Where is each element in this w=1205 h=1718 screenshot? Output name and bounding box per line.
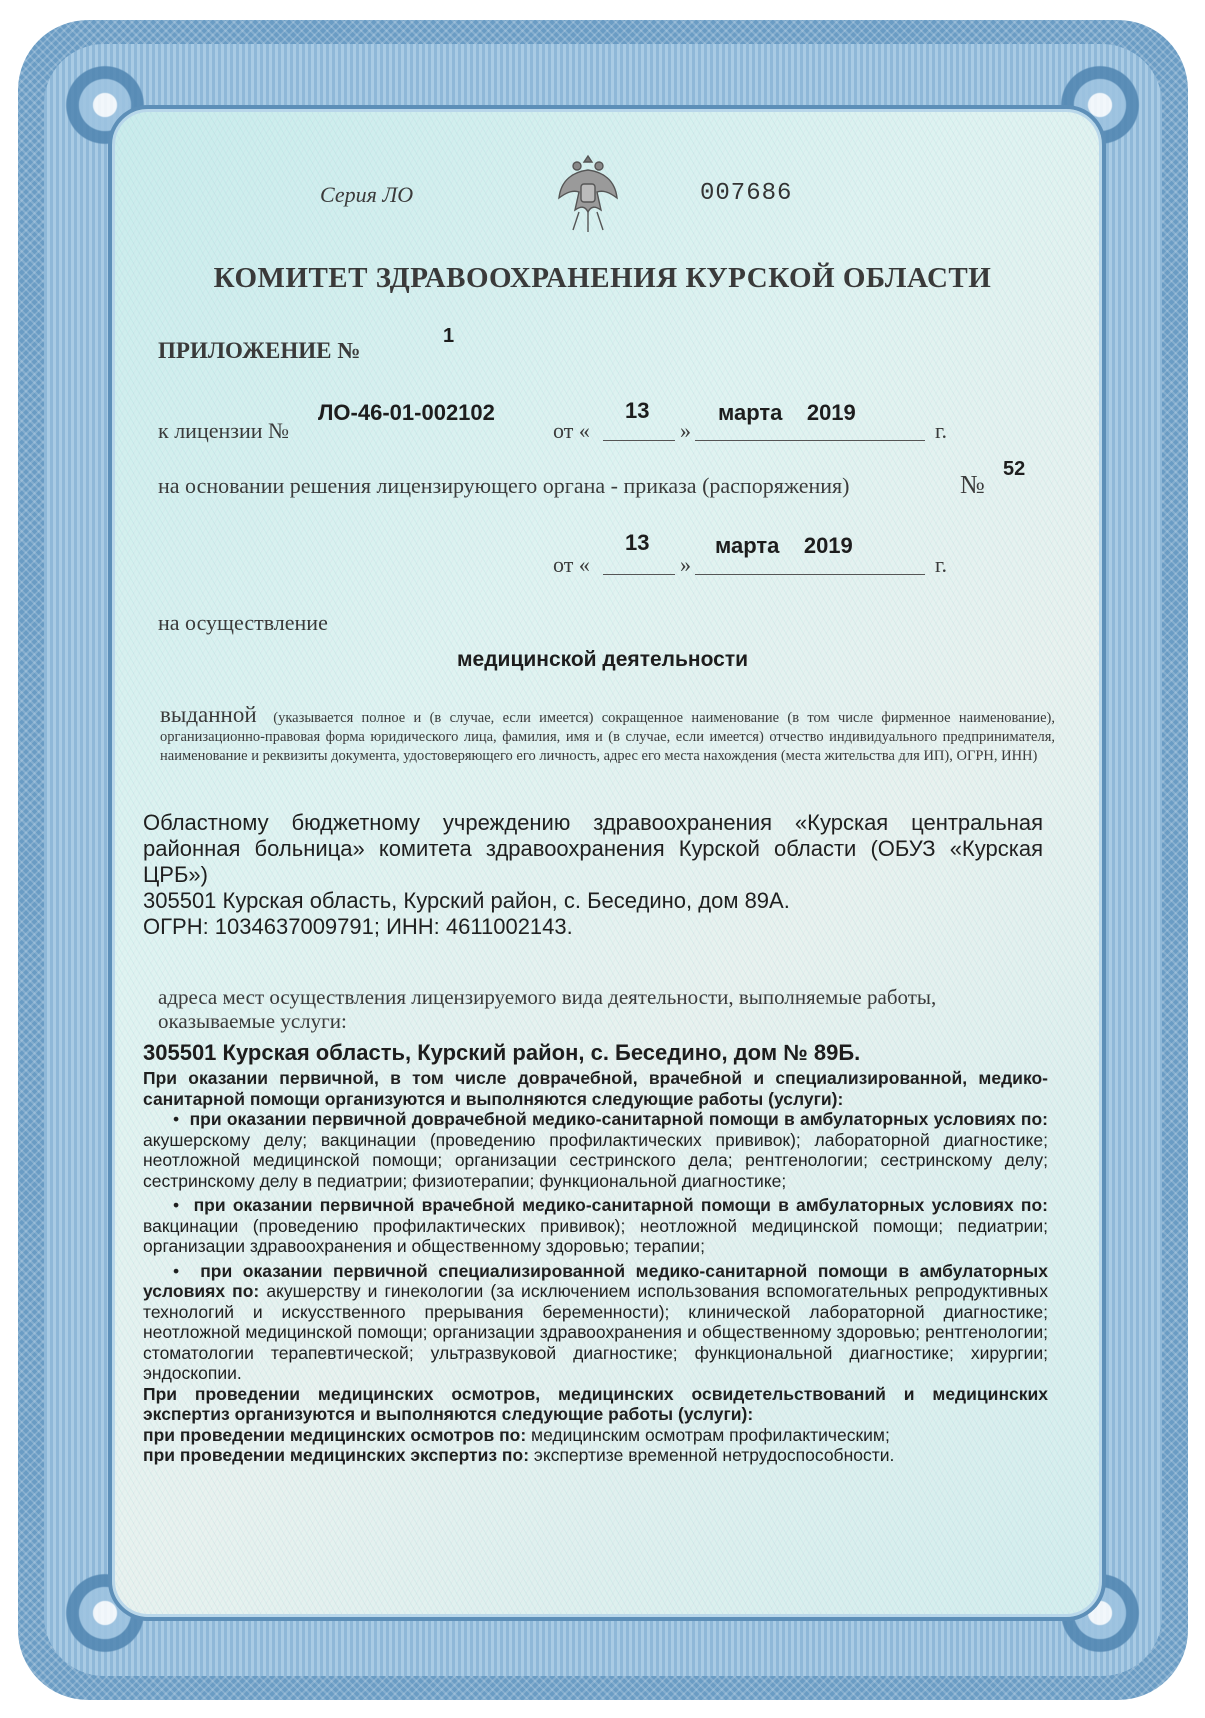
license-day: 13 — [625, 398, 649, 424]
license-from-label: от « — [553, 418, 590, 444]
order-no-sign: № — [960, 470, 985, 500]
list-item-text: акушерству и гинекологии (за исключением… — [143, 1281, 1048, 1383]
license-prefix: к лицензии № — [158, 418, 289, 444]
activity-type: медицинской деятельности — [0, 648, 1205, 672]
issued-block: выданной (указывается полное и (в случае… — [160, 705, 1055, 766]
places-label: адреса мест осуществления лицензируемого… — [158, 985, 1058, 1033]
exam-item: при проведении медицинских экспертиз по:… — [143, 1445, 1048, 1466]
order-month-year: марта 2019 — [715, 533, 853, 559]
license-day-underline — [603, 440, 675, 441]
services-section: При оказании первичной, в том числе довр… — [143, 1068, 1048, 1466]
order-basis-text: на основании решения лицензирующего орга… — [158, 473, 850, 499]
appendix-label: ПРИЛОЖЕНИЕ № — [158, 338, 360, 364]
exam-item: при проведении медицинских осмотров по: … — [143, 1425, 1048, 1446]
licensee-address: 305501 Курская область, Курский район, с… — [143, 888, 790, 914]
list-item-heading: при оказании первичной доврачебной медик… — [190, 1109, 1048, 1129]
issuer-title: КОМИТЕТ ЗДРАВООХРАНЕНИЯ КУРСКОЙ ОБЛАСТИ — [0, 262, 1205, 295]
list-item-text: вакцинации (проведению профилактических … — [143, 1216, 1048, 1257]
appendix-number: 1 — [443, 325, 454, 348]
list-item-text: акушерскому делу; вакцинации (проведению… — [143, 1130, 1048, 1191]
license-quote-close: » — [680, 418, 691, 444]
primary-care-intro: При оказании первичной, в том числе довр… — [143, 1068, 1048, 1109]
order-quote-close: » — [680, 552, 691, 578]
exam-text: медицинским осмотрам профилактическим; — [531, 1425, 890, 1445]
list-item: • при оказании первичной врачебной медик… — [143, 1195, 1048, 1257]
series-label: Серия ЛО — [320, 182, 413, 208]
coat-of-arms-icon — [555, 150, 621, 236]
order-number: 52 — [1003, 458, 1025, 481]
form-number: 007686 — [700, 180, 792, 207]
list-item-heading: при оказании первичной врачебной медико-… — [194, 1195, 1048, 1215]
list-item: • при оказании первичной специализирован… — [143, 1261, 1048, 1384]
order-day-underline — [603, 574, 675, 575]
issued-label: выданной — [160, 702, 257, 727]
license-number: ЛО-46-01-002102 — [318, 400, 495, 426]
bullet-icon: • — [173, 1109, 190, 1129]
places-address: 305501 Курская область, Курский район, с… — [143, 1040, 860, 1066]
exams-intro: При проведении медицинских осмотров, мед… — [143, 1384, 1048, 1425]
bullet-icon: • — [173, 1261, 200, 1281]
issued-instructions: (указывается полное и (в случае, если им… — [160, 710, 1055, 764]
bullet-icon: • — [173, 1195, 194, 1215]
list-item: • при оказании первичной доврачебной мед… — [143, 1109, 1048, 1191]
order-day: 13 — [625, 530, 649, 556]
exam-heading: при проведении медицинских осмотров по: — [143, 1425, 526, 1445]
activity-intro: на осуществление — [158, 610, 328, 636]
exam-heading: при проведении медицинских экспертиз по: — [143, 1445, 529, 1465]
license-month-underline — [695, 440, 925, 441]
license-month-year: марта 2019 — [718, 400, 856, 426]
licensee-name: Областному бюджетному учреждению здравоо… — [143, 810, 1043, 888]
order-year-suffix: г. — [935, 552, 947, 578]
order-month-underline — [695, 574, 925, 575]
licensee-ids: ОГРН: 1034637009791; ИНН: 4611002143. — [143, 914, 573, 940]
license-year-suffix: г. — [935, 418, 947, 444]
order-from-label: от « — [553, 552, 590, 578]
primary-care-list: • при оказании первичной доврачебной мед… — [143, 1109, 1048, 1384]
exam-text: экспертизе временной нетрудоспособности. — [534, 1445, 894, 1465]
